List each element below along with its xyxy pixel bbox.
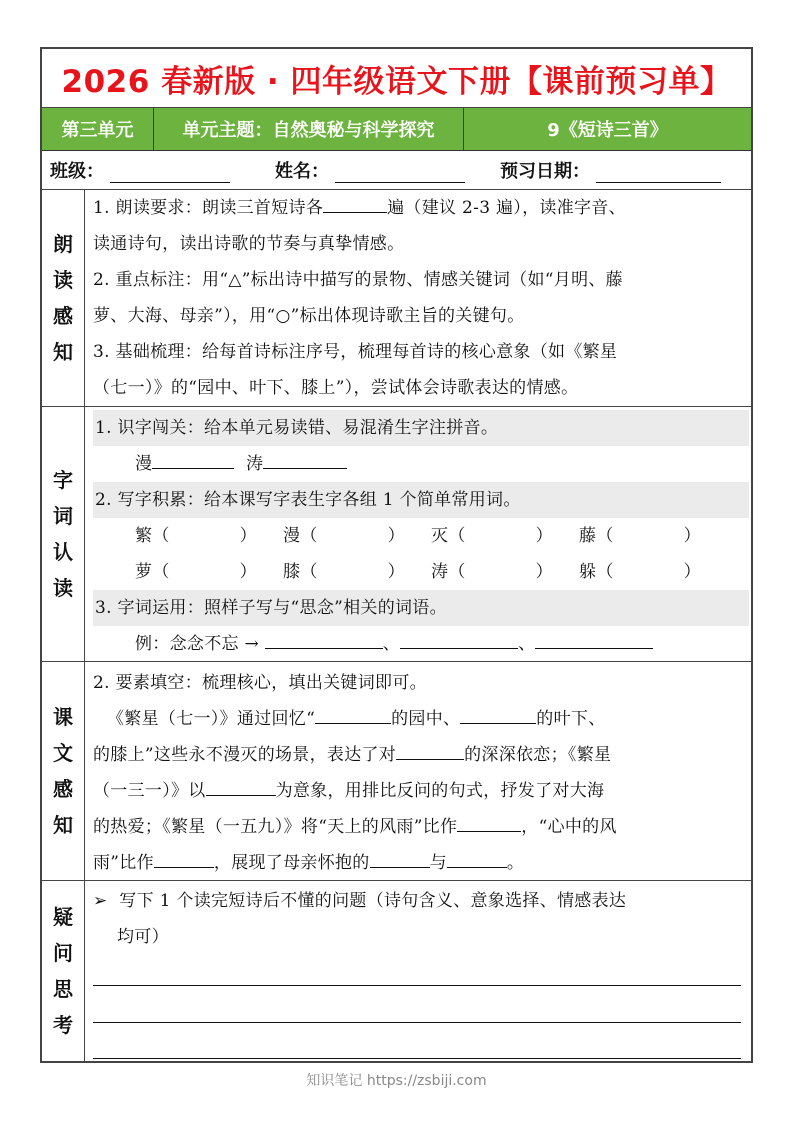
worksheet: 2026 春新版 · 四年级语文下册【课前预习单】 第三单元 单元主题：自然奥秘… (40, 47, 753, 1063)
pinyin-blank[interactable] (152, 452, 234, 469)
section-label: 朗 读 感 知 (42, 190, 85, 406)
class-field[interactable] (110, 164, 230, 183)
task-line: ➢ 写下 1 个读完短诗后不懂的问题（诗句含义、意象选择、情感表达 (93, 883, 745, 919)
footer-watermark: 知识笔记 https://zsbiji.com (0, 1070, 793, 1090)
task-heading: 2. 要素填空：梳理核心，填出关键词即可。 (93, 665, 745, 701)
task-line: 均可） (93, 919, 745, 955)
fill-blank[interactable] (323, 196, 387, 213)
task-heading: 1. 识字闯关：给本单元易读错、易混淆生字注拼音。 (93, 410, 749, 446)
task-heading: 3. 字词运用：照样子写与“思念”相关的词语。 (93, 590, 749, 626)
date-field[interactable] (596, 164, 721, 183)
answer-line[interactable] (93, 1022, 741, 1023)
section-reading: 朗 读 感 知 1. 朗读要求：朗读三首短诗各遍（建议 2-3 遍），读准字音、… (42, 190, 751, 407)
text-line: 的膝上”这些永不漫灭的场景，表达了对的深深依恋；《繁星 (93, 737, 745, 773)
word-row: 繁（） 漫（） 灭（） 藤（） (93, 518, 745, 554)
text-line: 萝、大海、母亲”），用“○”标出体现诗歌主旨的关键句。 (93, 298, 745, 334)
section-label: 疑 问 思 考 (42, 881, 85, 1061)
pinyin-blank[interactable] (263, 452, 347, 469)
unit-label: 第三单元 (42, 108, 154, 150)
section-questions: 疑 问 思 考 ➢ 写下 1 个读完短诗后不懂的问题（诗句含义、意象选择、情感表… (42, 881, 751, 1061)
unit-bar: 第三单元 单元主题：自然奥秘与科学探究 9《短诗三首》 (42, 108, 751, 151)
word-blank[interactable] (535, 632, 653, 649)
fill-blank[interactable] (457, 815, 521, 832)
student-info-row: 班级： 姓名： 预习日期： (42, 151, 751, 190)
answer-line[interactable] (93, 1058, 741, 1059)
section-text-perception: 课 文 感 知 2. 要素填空：梳理核心，填出关键词即可。 《繁星（七一）》通过… (42, 662, 751, 881)
text-line: 读通诗句，读出诗歌的节奏与真挚情感。 (93, 226, 745, 262)
word-row: 萝（） 膝（） 涛（） 躲（） (93, 554, 745, 590)
text-line: （七一）》的“园中、叶下、膝上”），尝试体会诗歌表达的情感。 (93, 370, 745, 406)
section-body: 1. 识字闯关：给本单元易读错、易混淆生字注拼音。 漫 涛 2. 写字积累：给本… (85, 407, 751, 661)
name-field[interactable] (335, 164, 465, 183)
date-label: 预习日期： (500, 157, 590, 183)
pinyin-row: 漫 涛 (93, 446, 745, 482)
fill-blank[interactable] (460, 707, 536, 724)
text-line: （一三一）》以为意象，用排比反问的句式，抒发了对大海 (93, 773, 745, 809)
word-blank[interactable] (400, 632, 518, 649)
section-words: 字 词 认 读 1. 识字闯关：给本单元易读错、易混淆生字注拼音。 漫 涛 2.… (42, 407, 751, 662)
fill-blank[interactable] (447, 851, 507, 868)
word-blank[interactable] (265, 632, 383, 649)
title-row: 2026 春新版 · 四年级语文下册【课前预习单】 (42, 49, 751, 108)
page-title: 2026 春新版 · 四年级语文下册【课前预习单】 (62, 56, 732, 101)
section-label: 课 文 感 知 (42, 662, 85, 880)
text-line: 《繁星（七一）》通过回忆“的园中、的叶下、 (93, 701, 745, 737)
section-body: ➢ 写下 1 个读完短诗后不懂的问题（诗句含义、意象选择、情感表达 均可） (85, 881, 751, 1061)
answer-line[interactable] (93, 985, 741, 986)
name-label: 姓名： (275, 157, 329, 183)
fill-blank[interactable] (396, 743, 464, 760)
text-line: 2. 重点标注：用“△”标出诗中描写的景物、情感关键词（如“月明、藤 (93, 262, 745, 298)
arrow-bullet-icon: ➢ (93, 891, 108, 911)
text-line: 3. 基础梳理：给每首诗标注序号，梳理每首诗的核心意象（如《繁星 (93, 334, 745, 370)
lesson-title: 9《短诗三首》 (464, 108, 751, 150)
section-label: 字 词 认 读 (42, 407, 85, 661)
text-line: 雨”比作，展现了母亲怀抱的与。 (93, 845, 745, 881)
task-heading: 2. 写字积累：给本课写字表生字各组 1 个简单常用词。 (93, 482, 749, 518)
text-line: 的热爱；《繁星（一五九）》将“天上的风雨”比作，“心中的风 (93, 809, 745, 845)
fill-blank[interactable] (154, 851, 214, 868)
section-body: 2. 要素填空：梳理核心，填出关键词即可。 《繁星（七一）》通过回忆“的园中、的… (85, 662, 751, 880)
text-line: 1. 朗读要求：朗读三首短诗各遍（建议 2-3 遍），读准字音、 (93, 190, 745, 226)
fill-blank[interactable] (370, 851, 430, 868)
unit-theme: 单元主题：自然奥秘与科学探究 (154, 108, 464, 150)
section-body: 1. 朗读要求：朗读三首短诗各遍（建议 2-3 遍），读准字音、 读通诗句，读出… (85, 190, 751, 406)
class-label: 班级： (50, 157, 104, 183)
fill-blank[interactable] (206, 779, 276, 796)
example-row: 例：念念不忘 → 、、 (93, 626, 745, 662)
fill-blank[interactable] (315, 707, 391, 724)
